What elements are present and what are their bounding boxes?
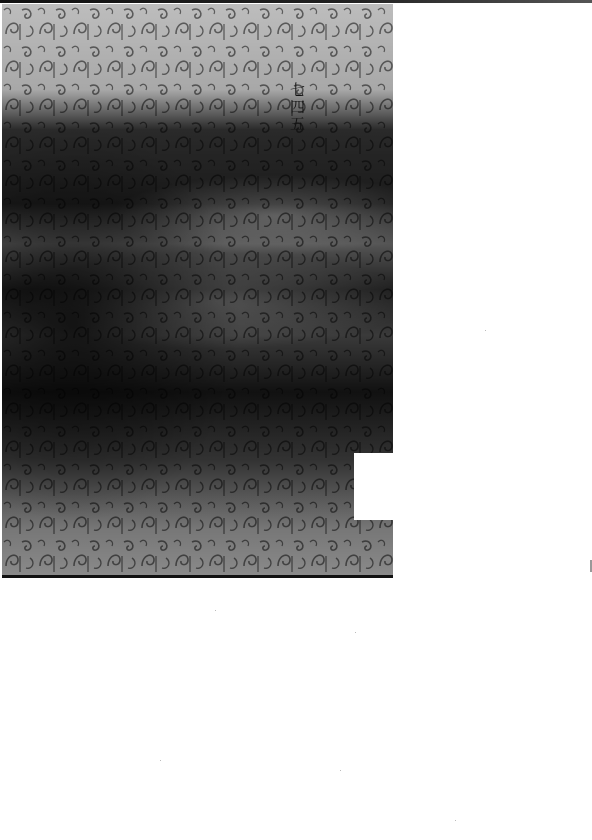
library-label — [354, 453, 393, 520]
scan-speck — [160, 760, 161, 761]
scan-speck — [340, 770, 341, 771]
book-cover: 七四五 — [2, 4, 393, 578]
scan-speck — [355, 632, 356, 633]
scan-speck — [215, 610, 216, 611]
scan-speck — [485, 330, 486, 331]
scan-top-edge-line — [0, 0, 592, 3]
scan-speck — [455, 820, 456, 821]
cover-subtitle: 七四五 — [288, 82, 306, 133]
scan-shadow — [2, 124, 242, 524]
